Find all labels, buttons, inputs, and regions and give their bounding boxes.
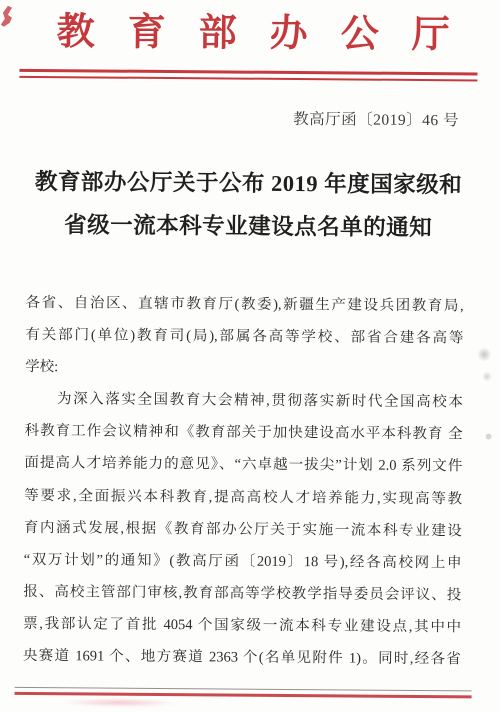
document-reference-number: 教高厅函〔2019〕46 号 (293, 107, 459, 130)
scan-artifact-smudge (477, 347, 491, 361)
text-line: 有关部门(单位)教育司(局),部属各高等学校、部省合建各高等 (25, 319, 463, 355)
scan-artifact-pink-smudge (62, 698, 177, 707)
text-line: 学校: (25, 351, 463, 387)
scan-artifact-smudge (482, 371, 492, 381)
scan-skew-wrapper: 教育部办公厅 教高厅函〔2019〕46 号 教育部办公厅关于公布 2019 年度… (0, 0, 500, 712)
scan-artifact-dot (486, 434, 492, 440)
text-line: 央赛道 1691 个、地方赛道 2363 个(名单见附件 1)。同时,经各省 (23, 640, 461, 676)
text-line: 科教育工作会议精神和《教育部关于加快建设高水平本科教育 全 (24, 415, 462, 451)
scanned-document-page: 教育部办公厅 教高厅函〔2019〕46 号 教育部办公厅关于公布 2019 年度… (0, 0, 500, 712)
text-line: 育内涵式发展,根据《教育部办公厅关于实施一流本科专业建设 (24, 512, 462, 548)
agency-letterhead-title: 教育部办公厅 (57, 11, 483, 58)
paragraph: 各省、自治区、直辖市教育厅(教委),新疆生产建设兵团教育局,有关部门(单位)教育… (25, 287, 464, 387)
text-line: 等要求,全面振兴本科教育,提高高校人才培养能力,实现高等教 (24, 479, 462, 515)
footer-double-rule (15, 687, 472, 699)
text-line: 各省、自治区、直辖市教育厅(教委),新疆生产建设兵团教育局, (25, 287, 463, 323)
text-line: 票,我部认定了首批 4054 个国家级一流本科专业建设点,其中中 (23, 608, 461, 644)
document-title-line: 教育部办公厅关于公布 2019 年度国家级和 (8, 161, 488, 207)
document-title: 教育部办公厅关于公布 2019 年度国家级和省级一流本科专业建设点名单的通知 (8, 161, 489, 250)
text-line: 报、高校主管部门审核,教育部高等学校教学指导委员会评议、投 (23, 576, 461, 612)
text-line: “双万计划”的通知》(教高厅函〔2019〕18 号),经各高校网上申 (23, 544, 461, 580)
document-body: 各省、自治区、直辖市教育厅(教委),新疆生产建设兵团教育局,有关部门(单位)教育… (23, 287, 464, 676)
text-line: 为深入落实全国教育大会精神,贯彻落实新时代全国高校本 (25, 383, 463, 419)
scan-artifact-corner-red-fragment (1, 6, 15, 28)
document-title-line: 省级一流本科专业建设点名单的通知 (8, 203, 488, 249)
paragraph: 为深入落实全国教育大会精神,贯彻落实新时代全国高校本科教育工作会议精神和《教育部… (23, 383, 463, 675)
red-fragment-shape (1, 6, 15, 28)
header-double-rule (19, 69, 477, 82)
text-line: 面提高人才培养能力的意见》、“六卓越一拔尖”计划 2.0 系列文件 (24, 447, 462, 483)
